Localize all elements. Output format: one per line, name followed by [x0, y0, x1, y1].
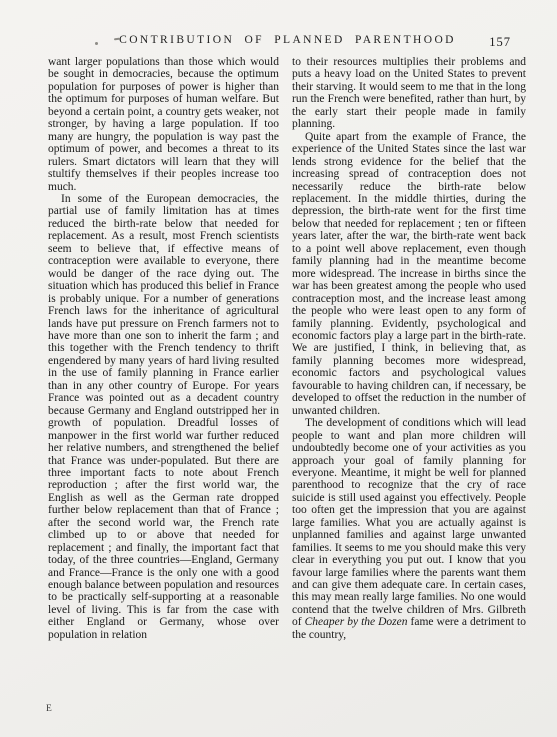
- paragraph: The development of conditions which will…: [292, 417, 526, 641]
- page-header: CONTRIBUTION OF PLANNED PARENTHOOD 157: [48, 34, 527, 50]
- book-page: CONTRIBUTION OF PLANNED PARENTHOOD 157 w…: [0, 0, 557, 737]
- text-run: want larger populations than those which…: [48, 56, 279, 193]
- signature-mark: E: [46, 704, 53, 714]
- left-column: want larger populations than those which…: [48, 56, 279, 708]
- right-column: to their resources multiplies their prob…: [292, 56, 526, 708]
- text-run: The development of conditions which will…: [292, 417, 526, 628]
- text-run: to their resources multiplies their prob…: [292, 56, 526, 130]
- paragraph: to their resources multiplies their prob…: [292, 56, 526, 131]
- text-run: Quite apart from the example of France, …: [292, 131, 526, 417]
- paragraph: want larger populations than those which…: [48, 56, 279, 193]
- book-title-italic: Cheaper by the Dozen: [305, 616, 408, 628]
- paragraph: Quite apart from the example of France, …: [292, 131, 526, 417]
- page-number: 157: [489, 35, 511, 50]
- scan-speck: [95, 42, 98, 45]
- running-head: CONTRIBUTION OF PLANNED PARENTHOOD: [48, 34, 527, 46]
- paragraph: In some of the European democracies, the…: [48, 193, 279, 641]
- text-run: In some of the European democracies, the…: [48, 193, 279, 641]
